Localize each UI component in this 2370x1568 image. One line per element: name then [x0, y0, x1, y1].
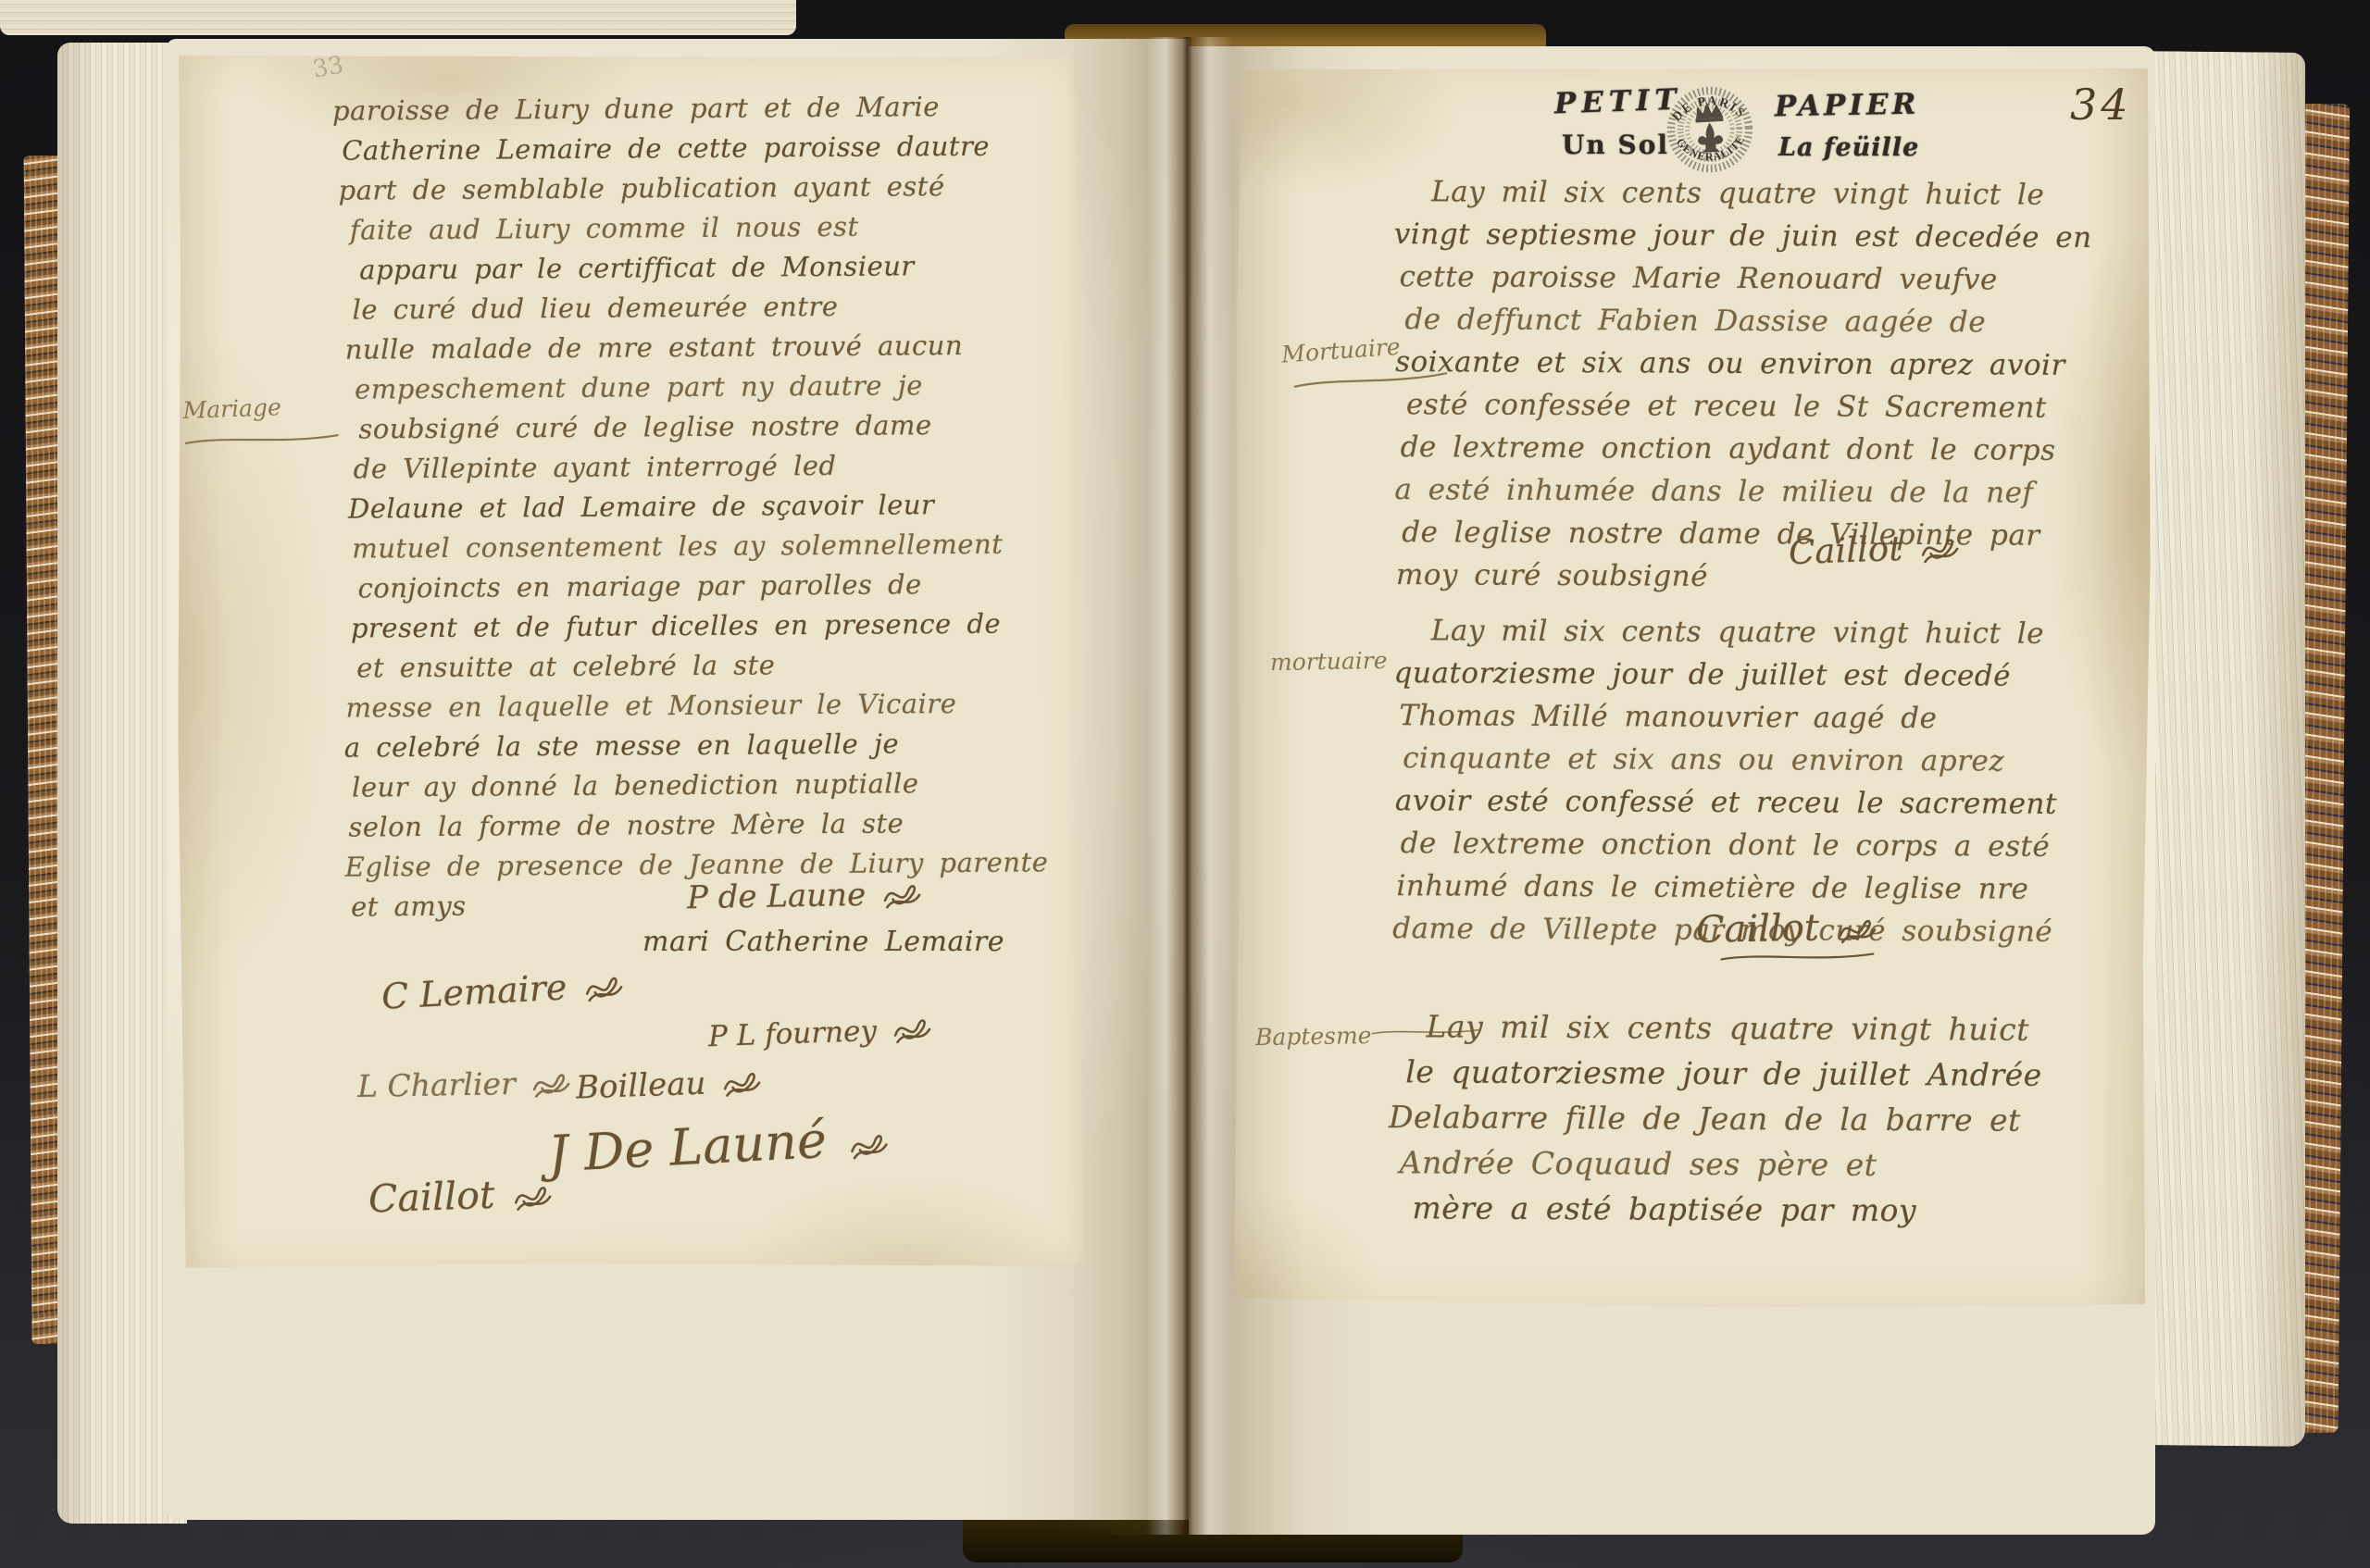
bottom-page-block-edge — [0, 0, 796, 35]
manuscript-line: le curé dud lieu demeurée entre — [352, 285, 1044, 330]
margin-note-mortuaire-2: mortuaire — [1270, 647, 1388, 676]
stamp-word-la-feuille: La feüille — [1778, 133, 1919, 162]
manuscript-line: Delaune et lad Lemaire de sçavoir leur — [348, 484, 1046, 529]
signature-text: Caillot — [1788, 529, 1902, 572]
marriage-record-text: paroisse de Liury dune part et de MarieC… — [332, 86, 1049, 927]
manuscript-line: Thomas Millé manouvrier aagé de — [1399, 694, 2057, 740]
manuscript-line: messe en laquelle et Monsieur le Vicaire — [345, 683, 1047, 728]
manuscript-line: avoir esté confessé et receu le sacremen… — [1395, 779, 2057, 826]
paraph-flourish-icon — [721, 1065, 763, 1099]
manuscript-line: de deffunct Fabien Dassise aagée de — [1404, 298, 2091, 344]
manuscript-line: vingt septiesme jour de juin est decedée… — [1394, 213, 2092, 259]
manuscript-line: empeschement dune part ny dautre je — [355, 365, 1045, 409]
cure-signature-1: Caillot — [1788, 527, 1960, 572]
margin-note-label: Baptesme — [1255, 1022, 1372, 1051]
manuscript-line: mutuel consentement les ay solemnellemen… — [352, 524, 1046, 568]
celebrant-signature-line: P de Laune — [687, 876, 923, 916]
manuscript-line: Lay mil six cents quatre vingt huict le — [1431, 609, 2058, 655]
manuscript-line: de Villepinte ayant interrogé led — [354, 444, 1046, 489]
signature-text: L Charlier — [357, 1065, 516, 1104]
paraph-flourish-icon — [881, 878, 923, 911]
manuscript-line: de lextreme onction aydant dont le corps — [1401, 426, 2091, 472]
manuscript-line: Lay mil six cents quatre vingt huict — [1426, 1003, 2042, 1052]
margin-note-label: Mariage — [182, 393, 281, 424]
signature: L Charlier — [357, 1064, 572, 1104]
manuscript-line: et ensuitte at celebré la ste — [356, 643, 1047, 688]
signature: Caillot — [368, 1171, 554, 1222]
paraph-flourish-icon — [530, 1067, 572, 1100]
paraph-flourish-icon — [1918, 532, 1960, 566]
manuscript-line: quatorziesme jour de juillet est decedé — [1393, 652, 2057, 698]
signature-text: Boilleau — [575, 1065, 706, 1107]
digitized-register-photo: 33 Mariage paroisse de Liury dune part e… — [0, 0, 2370, 1568]
manuscript-line: Catherine Lemaire de cette paroisse daut… — [342, 126, 1043, 170]
paraph-flourish-icon — [583, 970, 626, 1003]
signature-text: Caillot — [368, 1173, 495, 1222]
manuscript-line: Andrée Coquaud ses père et — [1400, 1139, 2042, 1188]
manuscript-line: le quatorziesme jour de juillet Andrée — [1405, 1049, 2042, 1098]
bride-signature-line: mari Catherine Lemaire — [642, 926, 1004, 958]
manuscript-line: nulle malade de mre estant trouvé aucun — [345, 325, 1045, 369]
manuscript-line: leur ay donné la benediction nuptialle — [352, 763, 1048, 807]
burial-record-1-text: Lay mil six cents quatre vingt huict lev… — [1392, 170, 2092, 600]
signature-text: P L fourney — [707, 1014, 877, 1053]
manuscript-line: de lextreme onction dont le corps a esté — [1401, 822, 2057, 868]
right-page-block-edge — [2146, 51, 2305, 1447]
paraph-flourish-icon — [847, 1127, 890, 1161]
manuscript-line: esté confessée et receu le St Sacrement — [1406, 383, 2091, 429]
manuscript-line: a celebré la ste messe en laquelle je — [344, 723, 1048, 767]
manuscript-line: cette paroisse Marie Renouard veufve — [1399, 255, 2091, 302]
pencil-folio-number: 33 — [311, 51, 346, 83]
manuscript-line: selon la forme de nostre Mère la ste — [348, 803, 1048, 847]
manuscript-line: faite aud Liury comme il nous est — [350, 205, 1044, 250]
manuscript-line: paroisse de Liury dune part et de Marie — [332, 86, 1043, 131]
burial-record-2-text: Lay mil six cents quatre vingt huict leq… — [1392, 609, 2058, 953]
signature-text: Caillot — [1695, 907, 1819, 952]
paraph-flourish-icon — [891, 1013, 932, 1046]
manuscript-line: part de semblable publication ayant esté — [338, 166, 1043, 210]
manuscript-line: present et de futur dicelles en presence… — [351, 604, 1047, 648]
paraph-flourish-icon — [1836, 914, 1877, 946]
stamp-word-un-sol: Un Sol — [1562, 130, 1669, 160]
manuscript-line: Lay mil six cents quatre vingt huict le — [1431, 170, 2092, 217]
manuscript-line: Delabarre fille de Jean de la barre et — [1389, 1094, 2042, 1143]
manuscript-line: conjoincts en mariage par parolles de — [357, 564, 1046, 608]
manuscript-line: mère a esté baptisée par moy — [1412, 1185, 2041, 1234]
paraph-flourish-icon — [512, 1180, 554, 1213]
manuscript-line: moy curé soubsigné — [1396, 554, 2090, 600]
manuscript-line: inhumé dans le cimetière de leglise nre — [1396, 865, 2056, 911]
manuscript-line: soubsigné curé de leglise nostre dame — [358, 404, 1045, 449]
margin-note-mariage: Mariage — [182, 392, 342, 448]
signature-text: P de Laune — [687, 877, 867, 916]
manuscript-line: cinquante et six ans ou environ aprez — [1403, 737, 2057, 783]
manuscript-line: a esté inhumée dans le milieu de la nef — [1394, 468, 2090, 515]
stamp-word-papier: PAPIER — [1775, 88, 1920, 124]
folio-number: 34 — [2070, 80, 2132, 130]
manuscript-line: soixante et six ans ou environ aprez avo… — [1395, 341, 2091, 387]
manuscript-line: apparu par le certifficat de Monsieur — [359, 245, 1044, 290]
margin-note-label: mortuaire — [1270, 647, 1388, 676]
manuscript-line: de leglise nostre dame de Villepinte par — [1402, 511, 2090, 557]
signature: Boilleau — [575, 1064, 762, 1107]
baptism-record-text: Lay mil six cents quatre vingt huictle q… — [1388, 1003, 2042, 1234]
cure-signature-2: Caillot — [1695, 905, 1900, 964]
